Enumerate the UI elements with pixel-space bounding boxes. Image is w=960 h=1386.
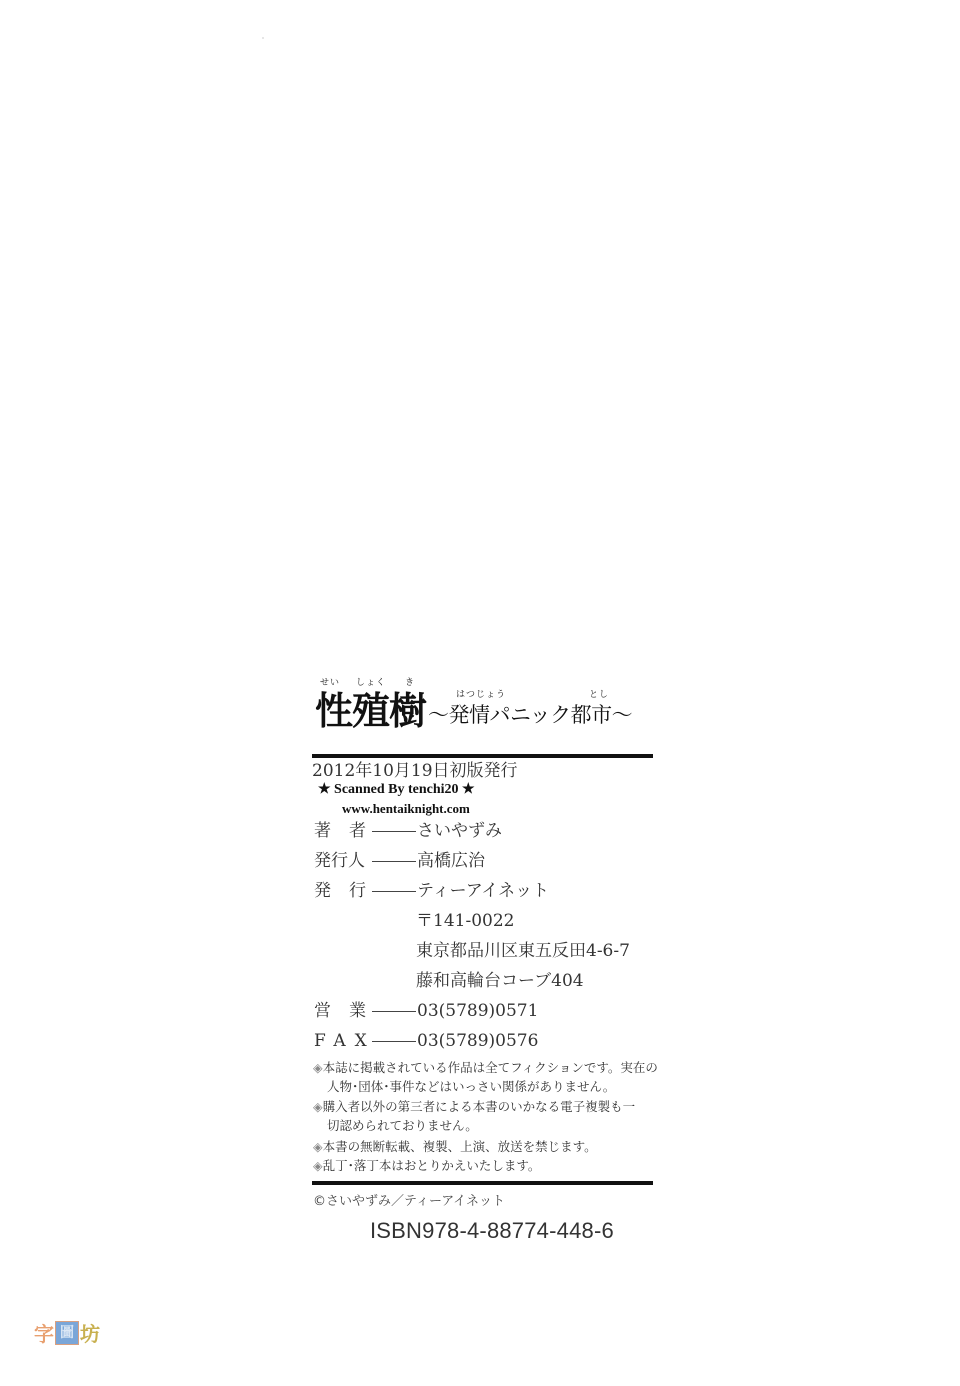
credit-value: さいやずみ xyxy=(417,821,502,841)
scan-speck xyxy=(262,37,264,39)
notice-misprint: ◈乱丁･落丁本はおとりかえいたします。 xyxy=(313,1158,540,1174)
postal-code: 〒141-0022 xyxy=(416,910,514,932)
leader-dash xyxy=(372,1041,416,1042)
notice-fiction: ◈本誌に掲載されている作品は全てフィクションです。実在の xyxy=(313,1060,658,1076)
publication-date: 2012年10月19日初版発行 xyxy=(312,760,518,782)
leader-dash xyxy=(372,831,416,832)
furigana-hatsujou: はつじょう xyxy=(456,687,506,700)
credit-label: 著者 xyxy=(314,820,372,842)
scan-credit: ★ Scanned By tenchi20 ★ xyxy=(318,781,475,799)
notice-copying: ◈購入者以外の第三者による本書のいかなる電子複製も一 xyxy=(313,1099,635,1115)
notice-fiction-cont: 人物･団体･事件などはいっさい関係がありません。 xyxy=(327,1079,615,1095)
contact-label: FAX xyxy=(314,1030,372,1052)
top-rule xyxy=(312,754,653,758)
leader-dash xyxy=(372,1011,416,1012)
furigana-toshi: とし xyxy=(589,687,609,700)
credit-row-author: 著者さいやずみ xyxy=(314,820,502,842)
contact-value: 03(5789)0576 xyxy=(417,1031,538,1051)
leader-dash xyxy=(372,891,416,892)
credit-label: 発行人 xyxy=(314,850,372,872)
address-line-1: 東京都品川区東五反田4-6-7 xyxy=(416,940,630,962)
furigana-shoku: しょく xyxy=(356,675,386,688)
leader-dash xyxy=(372,861,416,862)
diamond-bullet-icon: ◈ xyxy=(313,1060,323,1075)
contact-label: 営業 xyxy=(314,1000,372,1022)
logo-char-1: 字 xyxy=(34,1318,54,1347)
furigana-sei: せい xyxy=(320,675,340,688)
credit-value: 高橋広治 xyxy=(417,851,485,871)
diamond-bullet-icon: ◈ xyxy=(313,1099,323,1114)
credit-value: ティーアイネット xyxy=(417,881,549,901)
credit-label: 発行 xyxy=(314,880,372,902)
contact-row-fax: FAX03(5789)0576 xyxy=(314,1030,538,1052)
credit-row-publisher-person: 発行人高橋広治 xyxy=(314,850,485,872)
book-subtitle: ～発情パニック都市～ xyxy=(428,700,632,730)
bottom-rule xyxy=(312,1181,653,1185)
isbn: ISBN978-4-88774-448-6 xyxy=(370,1218,614,1244)
website-link[interactable]: www.hentaiknight.com xyxy=(342,801,470,817)
copyright-line: ©さいやずみ／ティーアイネット xyxy=(313,1190,505,1209)
watermark-logo: 字 圖 坊 xyxy=(34,1318,100,1347)
notice-copying-cont: 切認められておりません。 xyxy=(327,1118,478,1134)
contact-value: 03(5789)0571 xyxy=(417,1001,538,1021)
diamond-bullet-icon: ◈ xyxy=(313,1139,323,1154)
book-title: 性殖樹 xyxy=(315,688,426,734)
credit-row-publisher: 発行ティーアイネット xyxy=(314,880,549,902)
address-line-2: 藤和高輪台コーブ404 xyxy=(416,970,584,992)
logo-char-2: 圖 xyxy=(55,1321,79,1345)
logo-char-3: 坊 xyxy=(80,1318,100,1347)
notice-reproduction: ◈本書の無断転載、複製、上演、放送を禁じます。 xyxy=(313,1139,597,1155)
diamond-bullet-icon: ◈ xyxy=(313,1158,323,1173)
furigana-ki: き xyxy=(405,675,415,688)
contact-row-sales: 営業03(5789)0571 xyxy=(314,1000,538,1022)
